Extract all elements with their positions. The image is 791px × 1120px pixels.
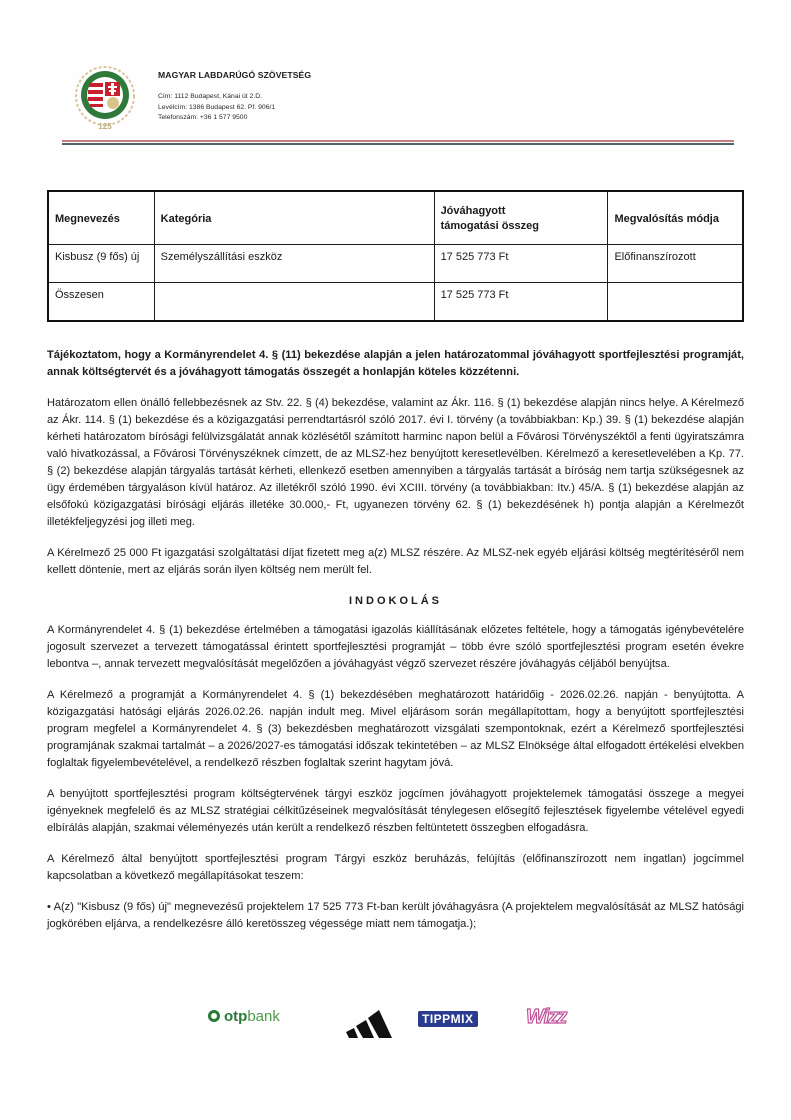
publication-notice: Tájékoztatom, hogy a Kormányrendelet 4. …	[47, 347, 744, 381]
postal-line: Levélcím: 1386 Budapest 62. Pf. 906/1	[158, 103, 275, 114]
justification-paragraph-3: A benyújtott sportfejlesztési program kö…	[47, 786, 744, 837]
otpbank-logo: otpbank	[208, 1008, 280, 1025]
column-header: Kategória	[154, 191, 434, 245]
table-header-row: Megnevezés Kategória Jóváhagyotttámogatá…	[48, 191, 743, 245]
phone-line: Telefonszám: +36 1 577 9500	[158, 113, 275, 124]
table-row-total: Összesen 17 525 773 Ft	[48, 283, 743, 322]
document-body: Tájékoztatom, hogy a Kormányrendelet 4. …	[47, 347, 744, 947]
wizz-logo: Wizz	[526, 1006, 566, 1029]
grant-table: Megnevezés Kategória Jóváhagyotttámogatá…	[47, 190, 744, 322]
legal-remedy-paragraph: Határozatom ellen önálló fellebbezésnek …	[47, 395, 744, 531]
otp-circle-icon	[208, 1010, 220, 1022]
table-cell	[608, 283, 743, 322]
adidas-logo-icon	[346, 1010, 392, 1038]
table-cell	[154, 283, 434, 322]
fee-paragraph: A Kérelmező 25 000 Ft igazgatási szolgál…	[47, 545, 744, 579]
table-cell: 17 525 773 Ft	[434, 245, 608, 283]
list-item: • A(z) "Kisbusz (9 fős) új" megnevezésű …	[47, 899, 744, 933]
column-header: Megvalósítás módja	[608, 191, 743, 245]
organization-contact: Cím: 1112 Budapest, Kánai út 2.D. Levélc…	[158, 92, 275, 124]
table-cell: Előfinanszírozott	[608, 245, 743, 283]
mlsz-logo-icon: 125	[72, 66, 138, 132]
section-title: INDOKOLÁS	[47, 593, 744, 610]
organization-name: MAGYAR LABDARÚGÓ SZÖVETSÉG	[158, 70, 311, 80]
justification-paragraph-4: A Kérelmező által benyújtott sportfejles…	[47, 851, 744, 885]
header-rule-dark	[62, 143, 734, 145]
table-cell: 17 525 773 Ft	[434, 283, 608, 322]
sponsor-footer: otpbank TIPPMIX Wizz	[200, 1000, 600, 1040]
justification-paragraph-2: A Kérelmező a programját a Kormányrendel…	[47, 687, 744, 772]
svg-text:125: 125	[98, 122, 112, 131]
header-rule-red	[62, 140, 734, 142]
document-page: 125 MAGYAR LABDARÚGÓ SZÖVETSÉG Cím: 1112…	[0, 0, 791, 1120]
table-cell: Összesen	[48, 283, 154, 322]
table-cell: Személyszállítási eszköz	[154, 245, 434, 283]
justification-paragraph-1: A Kormányrendelet 4. § (1) bekezdése ért…	[47, 622, 744, 673]
table-cell: Kisbusz (9 fős) új	[48, 245, 154, 283]
tippmix-logo: TIPPMIX	[418, 1011, 478, 1027]
table-row: Kisbusz (9 fős) új Személyszállítási esz…	[48, 245, 743, 283]
column-header: Megnevezés	[48, 191, 154, 245]
column-header: Jóváhagyotttámogatási összeg	[434, 191, 608, 245]
address-line: Cím: 1112 Budapest, Kánai út 2.D.	[158, 92, 275, 103]
